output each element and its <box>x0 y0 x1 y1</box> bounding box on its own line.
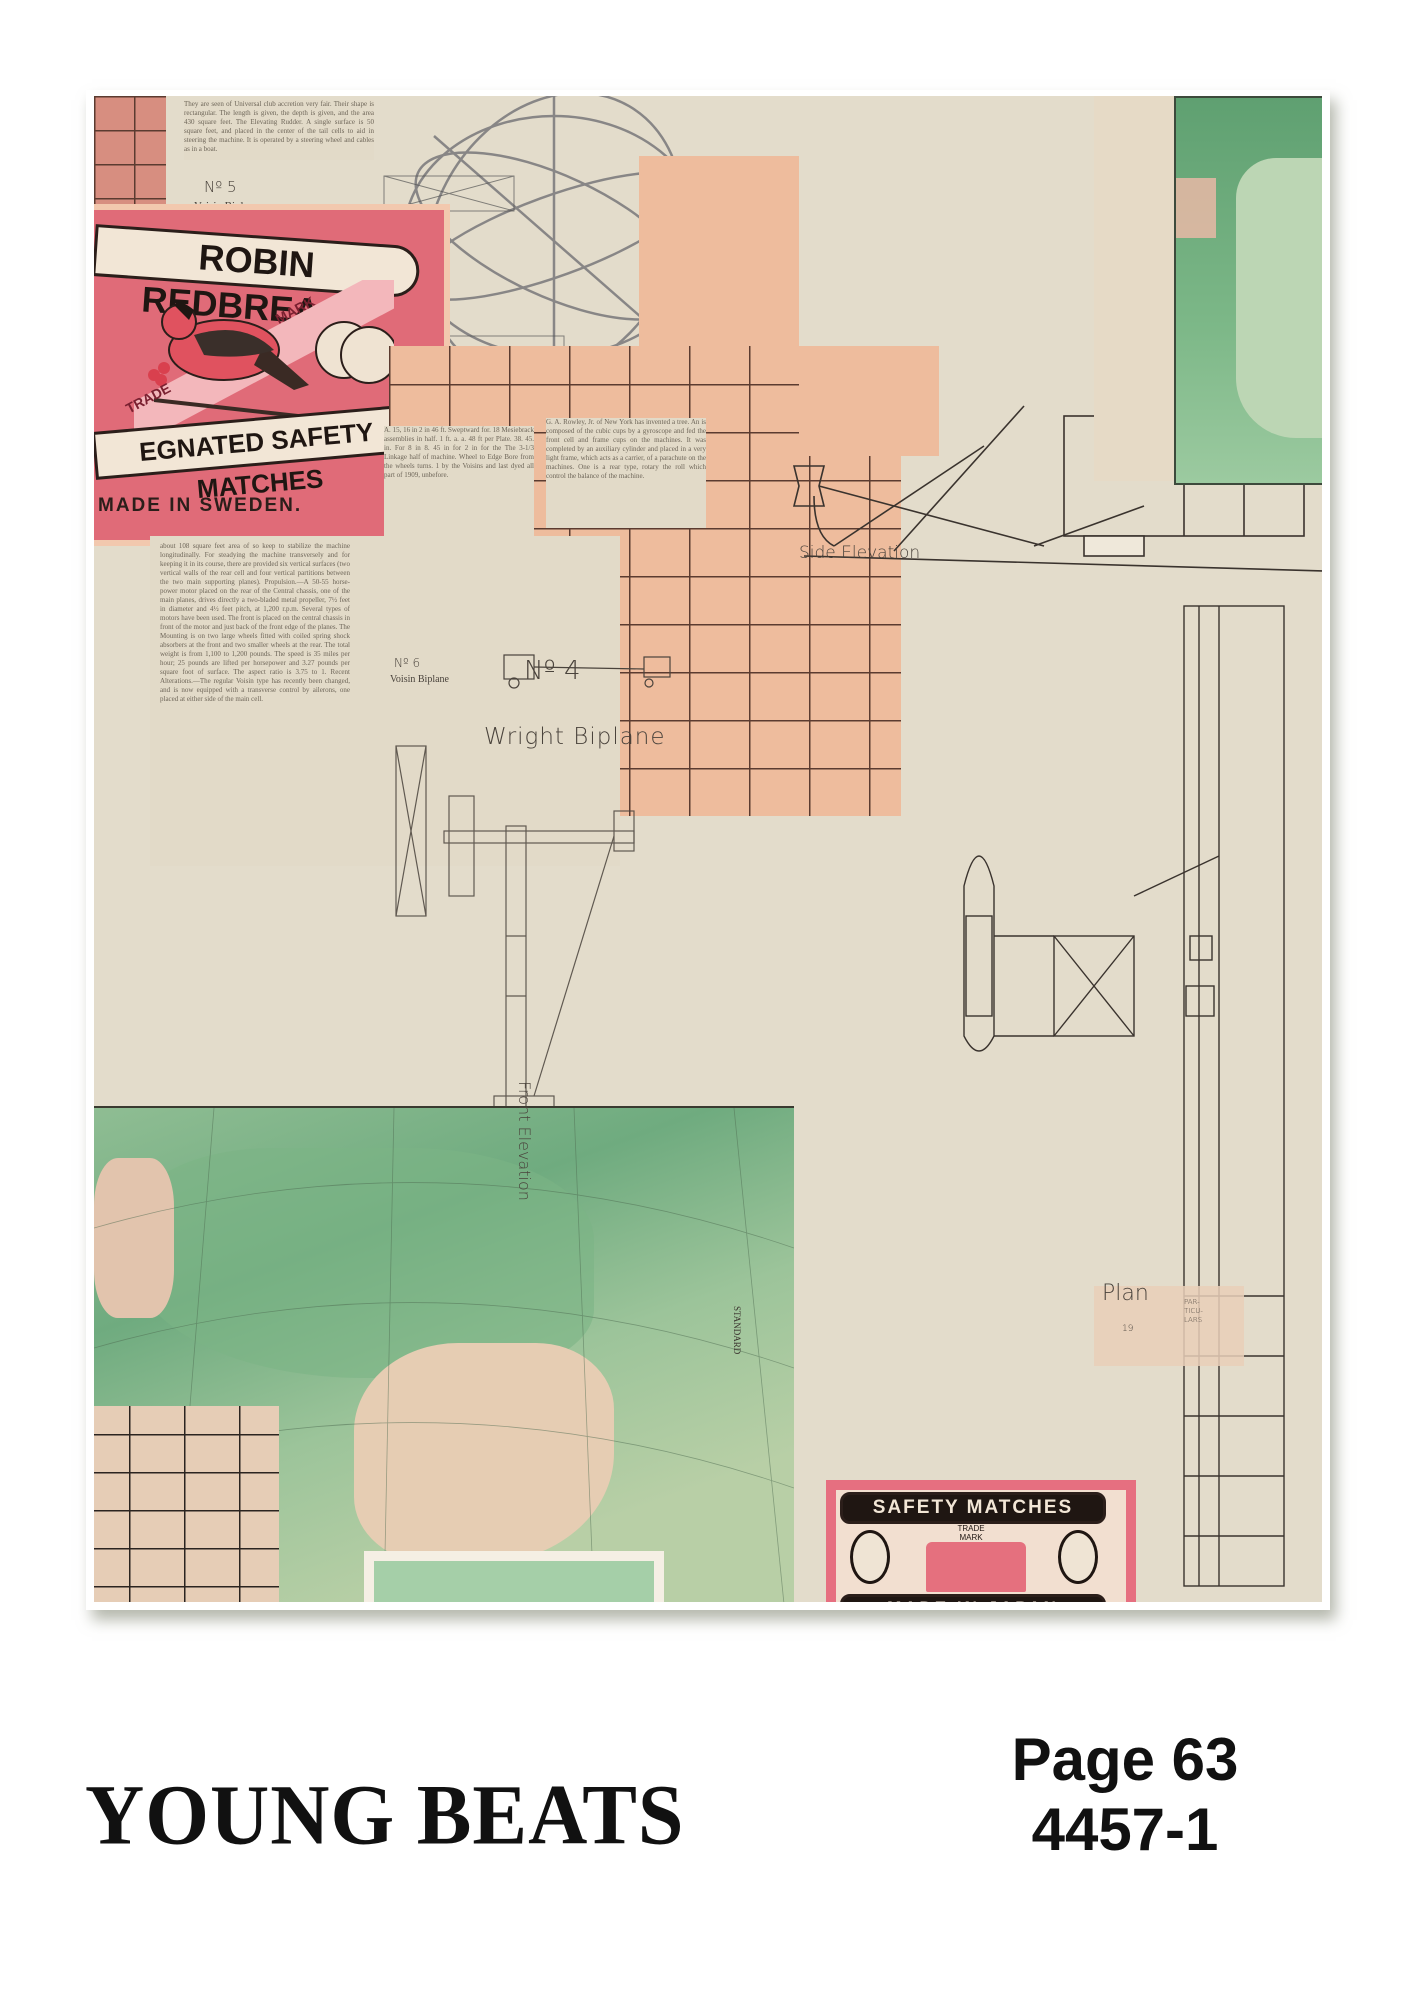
world-map-strip <box>1174 96 1322 485</box>
plan-wing-drawing <box>954 596 1322 1602</box>
page-number: Page 63 <box>990 1725 1260 1795</box>
no5-label: Nº 5 <box>204 178 237 196</box>
front-elevation-label: Front Elevation <box>515 1081 534 1201</box>
wallpaper-swatch: They are seen of Universal club accretio… <box>94 96 1322 1602</box>
plan-label: Plan <box>1102 1281 1149 1306</box>
map-land-pink <box>1176 178 1216 238</box>
article-text-right: G. A. Rowley, Jr. of New York has invent… <box>546 418 706 528</box>
table-tile-bottom-left <box>94 1406 279 1602</box>
side-elevation-label: Side Elevation <box>799 543 920 563</box>
no6-label: Nº 6 <box>394 656 420 670</box>
paper-panel-right <box>1094 96 1174 481</box>
japan-trade-mark: TRADE MARK <box>946 1524 996 1542</box>
peach-panel-top <box>639 156 799 346</box>
voisin-label-2: Voisin Biplane <box>390 674 449 685</box>
robin-bird-icon <box>134 280 394 430</box>
swatch-frame: They are seen of Universal club accretio… <box>86 90 1330 1610</box>
typewriter-icon <box>926 1542 1026 1592</box>
japan-title-banner: SAFETY MATCHES <box>840 1492 1106 1524</box>
coin-right-icon <box>1058 1530 1098 1584</box>
article-text-left: about 108 square feet area of so keep to… <box>160 542 350 842</box>
article-text-center: A. 15, 16 in 2 in 46 ft. Sweptward for. … <box>384 426 534 536</box>
coin-left-icon <box>850 1530 890 1584</box>
collection-name: YOUNG BEATS <box>85 1766 685 1865</box>
plan-number: 19 <box>1122 1324 1133 1334</box>
article-text-top: They are seen of Universal club accretio… <box>184 100 374 160</box>
standard-label: STANDARD <box>732 1306 742 1354</box>
japan-origin-banner: MADE IN JAPAN <box>840 1594 1106 1602</box>
green-label-bottom <box>364 1551 664 1602</box>
japan-safety-match-label: SAFETY MATCHES TRADE MARK MADE IN JAPAN <box>826 1480 1136 1602</box>
page-info: Page 63 4457-1 <box>990 1725 1260 1865</box>
rose-grid-tile <box>94 96 166 206</box>
map-land-light <box>1236 158 1322 438</box>
green-label-fill <box>374 1561 654 1602</box>
pattern-code: 4457-1 <box>990 1795 1260 1865</box>
particulars-label: PAR- TICU- LARS <box>1184 1298 1210 1325</box>
robin-origin-text: MADE IN SWEDEN. <box>98 495 302 517</box>
wright-biplane-side-drawing <box>494 651 674 691</box>
